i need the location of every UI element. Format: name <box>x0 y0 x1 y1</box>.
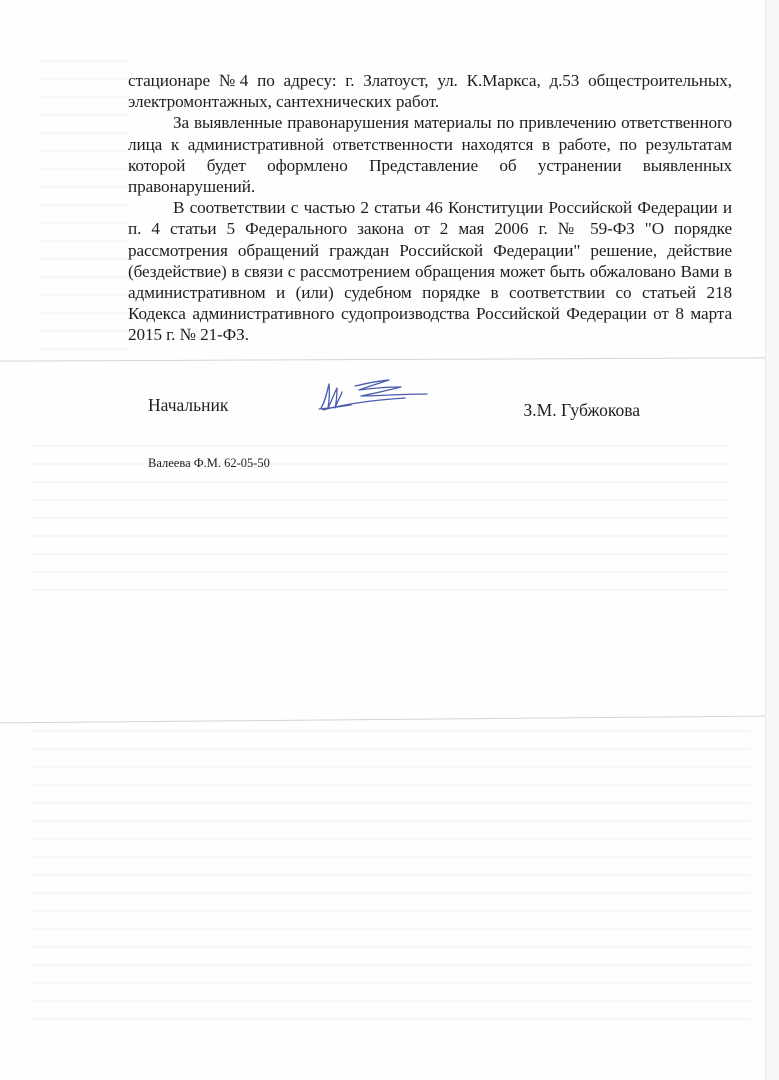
signatory-title: Начальник <box>148 395 228 416</box>
document-page: стационаре №4 по адресу: г. Златоуст, ул… <box>0 0 765 1080</box>
body-paragraph: стационаре №4 по адресу: г. Златоуст, ул… <box>128 70 732 112</box>
paper-fold-line <box>0 716 765 724</box>
show-through-text <box>40 60 130 360</box>
signature-row: Начальник З.М. Губжокова <box>148 395 638 419</box>
body-paragraph: В соответствии с частью 2 статьи 46 Конс… <box>128 197 732 345</box>
show-through-text <box>30 445 730 595</box>
executor-contact: Валеева Ф.М. 62-05-50 <box>148 456 270 471</box>
scan-edge <box>765 0 779 1080</box>
signatory-name: З.М. Губжокова <box>524 400 640 421</box>
show-through-text <box>30 730 750 1030</box>
letter-body: стационаре №4 по адресу: г. Златоуст, ул… <box>128 70 732 346</box>
body-paragraph: За выявленные правонарушения материалы п… <box>128 112 732 197</box>
